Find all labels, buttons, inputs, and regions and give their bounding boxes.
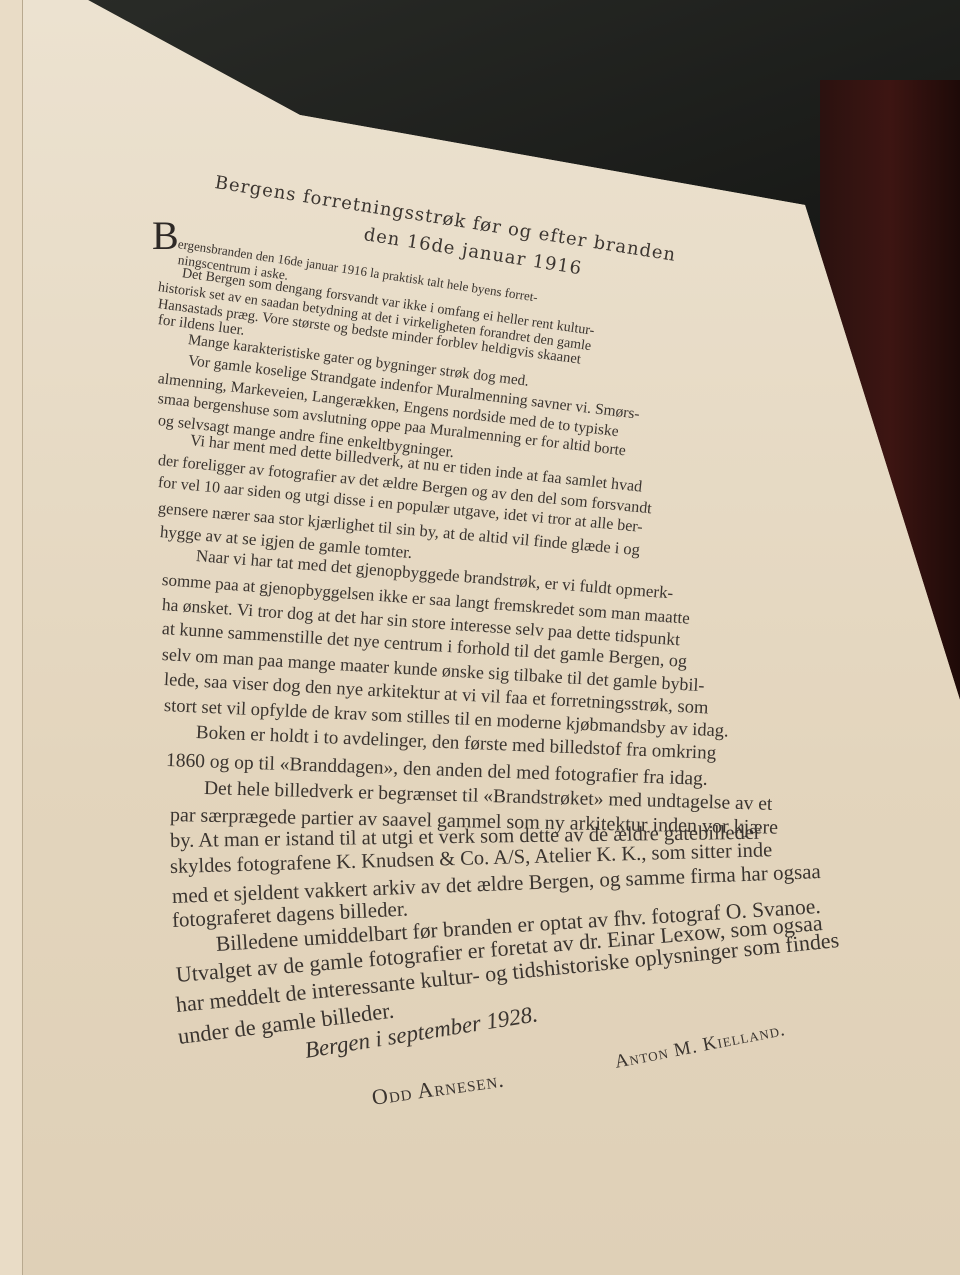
- signature-anton-kielland: Anton M. Kielland.: [613, 1019, 788, 1074]
- page-text: Bergens forretningsstrøk før og efter br…: [0, 0, 960, 1275]
- signature-odd-arnesen: Odd Arnesen.: [370, 1067, 506, 1111]
- drop-cap: B: [152, 212, 179, 259]
